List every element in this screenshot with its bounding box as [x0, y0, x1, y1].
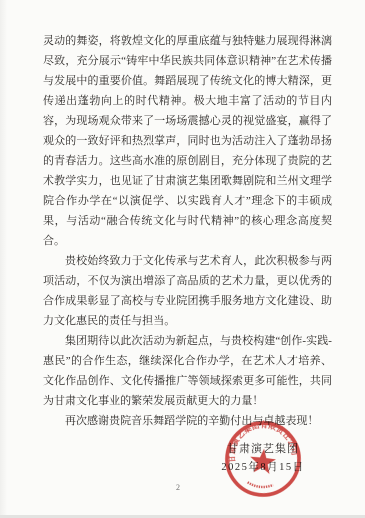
paragraph-2: 贵校始终致力于文化传承与艺术育人，此次积极参与两项活动，不仅为演出增添了高品质的…: [43, 251, 332, 331]
document-page: 灵动的舞姿，将敦煌文化的厚重底蕴与独特魅力展现得淋漓尽致，充分展示“铸牢中华民族…: [0, 0, 365, 518]
letter-body: 灵动的舞姿，将敦煌文化的厚重底蕴与独特魅力展现得淋漓尽致，充分展示“铸牢中华民族…: [43, 31, 332, 431]
seal-serial-marks: [247, 482, 273, 488]
page-number: 2: [168, 483, 188, 492]
star-icon: [249, 447, 277, 474]
paragraph-1: 灵动的舞姿，将敦煌文化的厚重底蕴与独特魅力展现得淋漓尽致，充分展示“铸牢中华民族…: [43, 31, 332, 251]
official-seal-stamp: 甘肃演艺集团有限责任公司: [219, 415, 307, 503]
paragraph-3: 集团期待以此次活动为新起点，与贵校构建“创作-实践-惠民”的合作生态，继续深化合…: [43, 331, 332, 411]
